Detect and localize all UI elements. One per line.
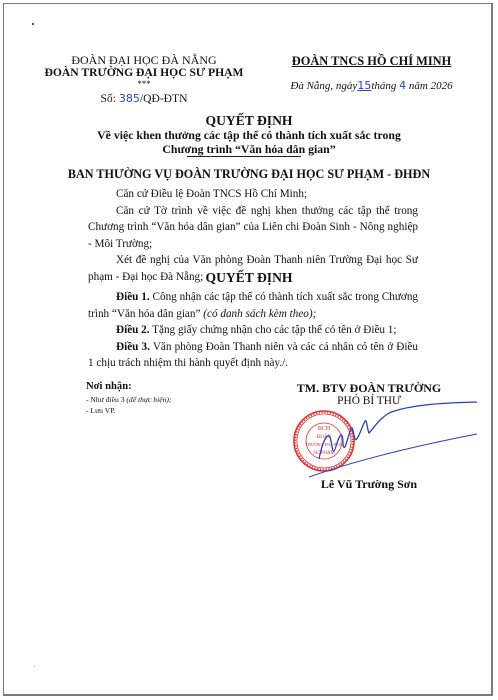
basis-item: Căn cứ Điều lệ Đoàn TNCS Hồ Chí Minh;: [88, 186, 418, 203]
issuing-authority: BAN THƯỜNG VỤ ĐOÀN TRƯỜNG ĐẠI HỌC SƯ PHẠ…: [4, 167, 494, 182]
document-subject-line2: Chương trình “Văn hóa dân gian”: [4, 142, 494, 157]
header-union-name: ĐOÀN TNCS HỒ CHÍ MINH: [274, 54, 469, 69]
decision-heading: QUYẾT ĐỊNH: [4, 270, 494, 286]
document-title: QUYẾT ĐỊNH: [4, 113, 494, 129]
document-page: ĐOÀN ĐẠI HỌC ĐÀ NẴNG ĐOÀN TRƯỜNG ĐẠI HỌC…: [3, 3, 493, 696]
subject-underline: [187, 156, 301, 157]
recipient-item: - Như điều 3 (để thực hiện);: [86, 395, 171, 404]
header-org: ĐOÀN TRƯỜNG ĐẠI HỌC SƯ PHẠM: [44, 66, 244, 79]
signature-title: TM. BTV ĐOÀN TRƯỜNG: [269, 381, 469, 396]
handwritten-day: 15: [357, 79, 371, 92]
document-number: Số: 385/QĐ-ĐTN: [44, 92, 244, 105]
header-stars: ***: [44, 79, 244, 89]
signer-name: Lê Vũ Trường Sơn: [269, 477, 469, 492]
article-1: Điều 1. Công nhận các tập thể có thành t…: [88, 289, 418, 322]
scan-speck: [34, 666, 35, 667]
handwritten-number: 385: [119, 92, 140, 105]
document-date: Đà Nẵng, ngày15tháng 4 năm 2026: [274, 79, 469, 92]
scan-speck: [32, 23, 34, 25]
basis-item: Căn cứ Tờ trình về việc đề nghị khen thư…: [88, 203, 418, 253]
article-2: Điều 2. Tặng giấy chứng nhận cho các tập…: [88, 322, 418, 339]
articles: Điều 1. Công nhận các tập thể có thành t…: [88, 289, 418, 372]
handwritten-month: 4: [399, 79, 406, 92]
handwritten-signature-icon: [309, 399, 479, 484]
document-subject-line1: Về việc khen thưởng các tập thể có thành…: [4, 128, 494, 143]
recipient-item: - Lưu VP.: [86, 406, 116, 415]
recipients-label: Nơi nhận:: [86, 381, 132, 392]
article-3: Điều 3. Văn phòng Đoàn Thanh niên và các…: [88, 339, 418, 372]
